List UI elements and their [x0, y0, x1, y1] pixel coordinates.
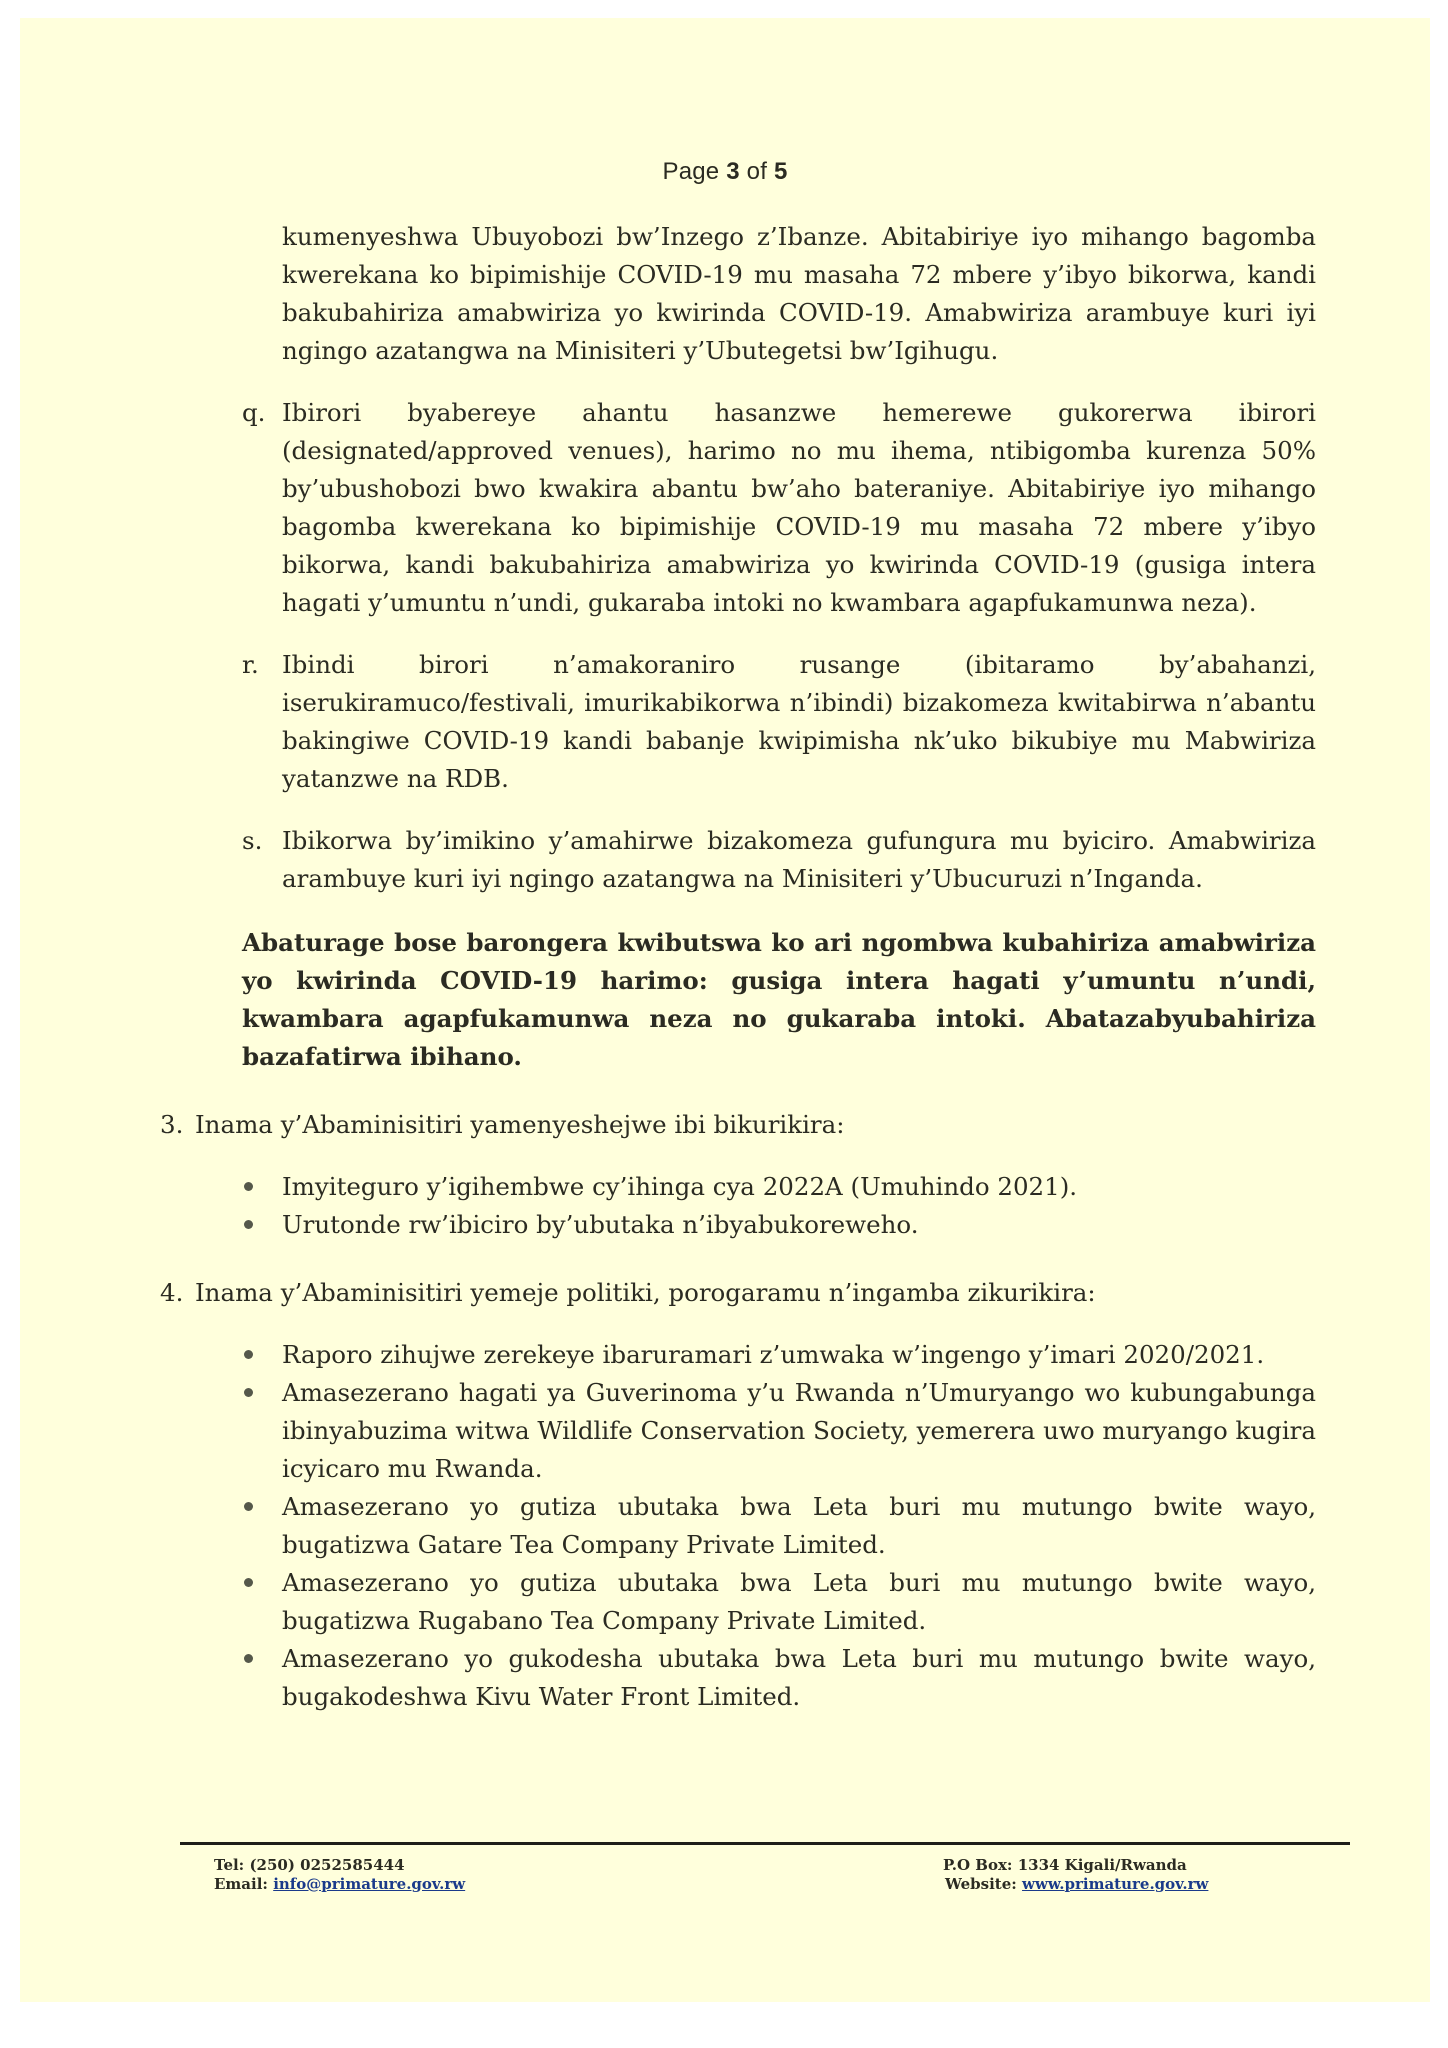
- footer-tel: Tel: (250) 0252585444: [214, 1856, 465, 1875]
- numbered-item-3: 3. Inama y’Abaminisitiri yamenyeshejwe i…: [195, 1106, 1430, 1144]
- list-item: Urutonde rw’ibiciro by’ubutaka n’ibyabuk…: [282, 1206, 1316, 1244]
- list-item: Raporo zihujwe zerekeye ibaruramari z’um…: [282, 1336, 1316, 1374]
- list-item-text: Urutonde rw’ibiciro by’ubutaka n’ibyabuk…: [282, 1210, 919, 1239]
- document-body: kumenyeshwa Ubuyobozi bw’Inzego z’Ibanze…: [20, 218, 1430, 1716]
- footer-email: Email: info@primature.gov.rw: [214, 1875, 465, 1894]
- bullet-icon: [244, 1502, 253, 1511]
- continuation-paragraph: kumenyeshwa Ubuyobozi bw’Inzego z’Ibanze…: [282, 218, 1316, 370]
- page-number: Page 3 of 5: [20, 158, 1430, 186]
- bullet-icon: [244, 1388, 253, 1397]
- list-item-text: Raporo zihujwe zerekeye ibaruramari z’um…: [282, 1340, 1264, 1369]
- lettered-item-s: s. Ibikorwa by’imikino y’amahirwe bizako…: [282, 822, 1316, 898]
- page-label: Page: [663, 158, 727, 185]
- footer-contact-right: P.O Box: 1334 Kigali/Rwanda Website: www…: [943, 1856, 1208, 1894]
- list-item: Imyiteguro y’igihembwe cy’ihinga cya 202…: [282, 1168, 1316, 1206]
- footer-divider: [180, 1842, 1350, 1845]
- footer-contact-left: Tel: (250) 0252585444 Email: info@primat…: [214, 1856, 465, 1894]
- bullet-icon: [244, 1654, 253, 1663]
- item-marker: 4.: [160, 1274, 183, 1312]
- lettered-item-r: r. Ibindi birori n’amakoraniro rusange (…: [282, 646, 1316, 798]
- item-text: Ibindi birori n’amakoraniro rusange (ibi…: [282, 646, 1316, 798]
- item-text: Inama y’Abaminisitiri yemeje politiki, p…: [195, 1278, 1096, 1307]
- pobox-value: 1334 Kigali/Rwanda: [1018, 1856, 1187, 1874]
- list-item-text: Amasezerano yo gukodesha ubutaka bwa Let…: [282, 1644, 1316, 1711]
- item-marker: r.: [242, 646, 259, 684]
- item-text: Inama y’Abaminisitiri yamenyeshejwe ibi …: [195, 1110, 845, 1139]
- item-marker: 3.: [160, 1106, 183, 1144]
- list-item-text: Imyiteguro y’igihembwe cy’ihinga cya 202…: [282, 1172, 1077, 1201]
- item-text: Ibirori byabereye ahantu hasanzwe hemere…: [282, 394, 1316, 622]
- item-text: Ibikorwa by’imikino y’amahirwe bizakomez…: [282, 822, 1316, 898]
- tel-value: (250) 0252585444: [249, 1856, 404, 1874]
- footer-pobox: P.O Box: 1334 Kigali/Rwanda: [943, 1856, 1208, 1875]
- list-item-text: Amasezerano yo gutiza ubutaka bwa Leta b…: [282, 1568, 1316, 1635]
- footer-website: Website: www.primature.gov.rw: [943, 1875, 1208, 1894]
- page-label-of: of: [740, 158, 774, 185]
- item-marker: q.: [242, 394, 265, 432]
- list-item-text: Amasezerano yo gutiza ubutaka bwa Leta b…: [282, 1492, 1316, 1559]
- website-link[interactable]: www.primature.gov.rw: [1022, 1875, 1208, 1893]
- bullet-icon: [244, 1350, 253, 1359]
- public-notice: Abaturage bose barongera kwibutswa ko ar…: [242, 924, 1316, 1076]
- website-label: Website:: [945, 1875, 1022, 1893]
- list-item: Amasezerano yo gutiza ubutaka bwa Leta b…: [282, 1488, 1316, 1564]
- bullet-list-4: Raporo zihujwe zerekeye ibaruramari z’um…: [20, 1336, 1430, 1716]
- pobox-label: P.O Box:: [943, 1856, 1018, 1874]
- document-page: Page 3 of 5 kumenyeshwa Ubuyobozi bw’Inz…: [20, 18, 1430, 2002]
- email-label: Email:: [214, 1875, 273, 1893]
- bullet-icon: [244, 1220, 253, 1229]
- list-item: Amasezerano hagati ya Guverinoma y’u Rwa…: [282, 1374, 1316, 1488]
- bullet-list-3: Imyiteguro y’igihembwe cy’ihinga cya 202…: [20, 1168, 1430, 1244]
- bullet-icon: [244, 1182, 253, 1191]
- page-current: 3: [726, 158, 740, 185]
- lettered-item-q: q. Ibirori byabereye ahantu hasanzwe hem…: [282, 394, 1316, 622]
- bullet-icon: [244, 1578, 253, 1587]
- page-total: 5: [774, 158, 788, 185]
- list-item: Amasezerano yo gukodesha ubutaka bwa Let…: [282, 1640, 1316, 1716]
- tel-label: Tel:: [214, 1856, 249, 1874]
- item-marker: s.: [242, 822, 262, 860]
- email-link[interactable]: info@primature.gov.rw: [273, 1875, 465, 1893]
- list-item: Amasezerano yo gutiza ubutaka bwa Leta b…: [282, 1564, 1316, 1640]
- list-item-text: Amasezerano hagati ya Guverinoma y’u Rwa…: [282, 1378, 1316, 1483]
- numbered-item-4: 4. Inama y’Abaminisitiri yemeje politiki…: [195, 1274, 1430, 1312]
